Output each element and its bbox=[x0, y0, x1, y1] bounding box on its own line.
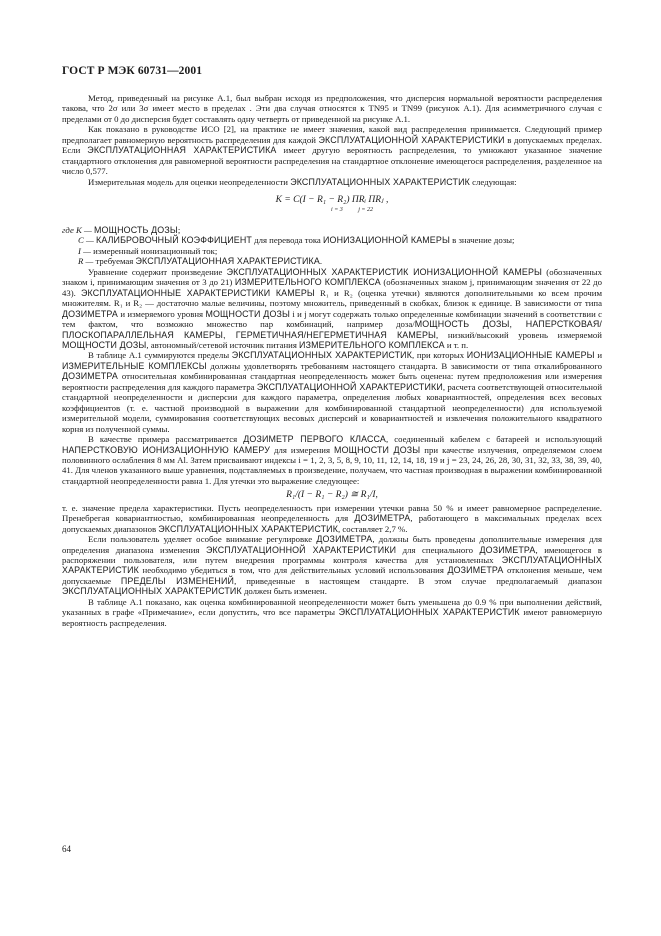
formula-limit-j: j = 22 bbox=[358, 207, 373, 213]
definition-r: R — требуемая ЭКСПЛУАТАЦИОННАЯ ХАРАКТЕРИ… bbox=[62, 256, 602, 266]
formula-limit-i: i = 3 bbox=[331, 207, 343, 213]
paragraph-reduction: В таблице А.1 показано, как оценка комби… bbox=[62, 597, 602, 628]
paragraph-example: В качестве примера рассматривается ДОЗИМ… bbox=[62, 434, 602, 486]
paragraph-distribution: Как показано в руководстве ИСО [2], на п… bbox=[62, 124, 602, 176]
formula-leakage: R₁/(I − R₁ − R₂) ≅ R₁/I, bbox=[62, 490, 602, 500]
paragraph-user-adjustment: Если пользователь уделяет особое внимани… bbox=[62, 534, 602, 597]
definition-i: I — измеренный ионизационный ток; bbox=[62, 246, 602, 256]
document-page: ГОСТ Р МЭК 60731—2001 Метод, приведенный… bbox=[0, 0, 661, 936]
paragraph-equation-content: Уравнение содержит произведение ЭКСПЛУАТ… bbox=[62, 267, 602, 351]
document-body: Метод, приведенный на рисунке А.1, был в… bbox=[62, 93, 602, 628]
document-header: ГОСТ Р МЭК 60731—2001 bbox=[62, 65, 202, 77]
paragraph-table-summary: В таблице А.1 суммируются пределы ЭКСПЛУ… bbox=[62, 350, 602, 434]
paragraph-leakage-result: т. е. значение предела характеристики. П… bbox=[62, 503, 602, 534]
page-number: 64 bbox=[62, 844, 71, 854]
paragraph-model: Измерительная модель для оценки неопреде… bbox=[62, 177, 602, 187]
paragraph-method: Метод, приведенный на рисунке А.1, был в… bbox=[62, 93, 602, 124]
definition-k: где K — МОЩНОСТЬ ДОЗЫ; bbox=[62, 225, 602, 235]
definitions-list: где K — МОЩНОСТЬ ДОЗЫ; C — КАЛИБРОВОЧНЫЙ… bbox=[62, 225, 602, 267]
definition-c: C — КАЛИБРОВОЧНЫЙ КОЭФФИЦИЕНТ для перево… bbox=[62, 235, 602, 245]
formula-measurement-model: K = C(I − R₁ − R₂) ΠRᵢ ΠRⱼ , i = 3 j = 2… bbox=[62, 195, 602, 215]
